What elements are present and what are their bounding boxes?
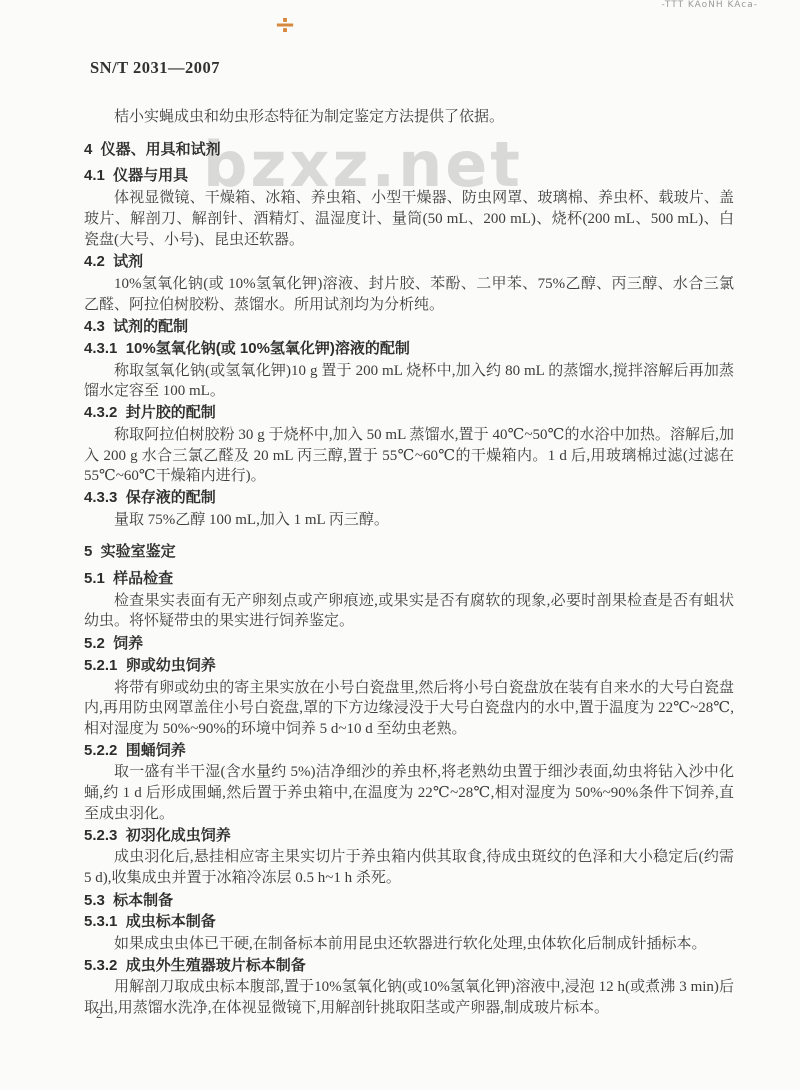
paragraph: 桔小实蝇成虫和幼虫形态特征为制定鉴定方法提供了依据。 (84, 107, 734, 128)
clause-heading-4.3.3: 4.3.3 保存液的配制 (84, 488, 734, 509)
paragraph: 称取阿拉伯树胶粉 30 g 于烧杯中,加入 50 mL 蒸馏水,置于 40℃~5… (84, 425, 734, 487)
scan-artifact-text: -TTT KAoNH KAca- (661, 0, 758, 10)
paragraph: 体视显微镜、干燥箱、冰箱、养虫箱、小型干燥器、防虫网罩、玻璃棉、养虫杯、载玻片、… (84, 188, 734, 250)
clause-heading-4.3.1: 4.3.1 10%氢氧化钠(或 10%氢氧化钾)溶液的配制 (84, 339, 734, 360)
paragraph: 10%氢氧化钠(或 10%氢氧化钾)溶液、封片胶、苯酚、二甲苯、75%乙醇、丙三… (84, 274, 734, 315)
clause-heading-4: 4 仪器、用具和试剂 (84, 140, 734, 161)
clause-heading-4.3: 4.3 试剂的配制 (84, 317, 734, 338)
paragraph: 成虫羽化后,悬挂相应寄主果实切片于养虫箱内供其取食,待成虫斑纹的色泽和大小稳定后… (84, 847, 734, 888)
clause-heading-5: 5 实验室鉴定 (84, 542, 734, 563)
clause-heading-5.3.2: 5.3.2 成虫外生殖器玻片标本制备 (84, 956, 734, 977)
clause-heading-4.2: 4.2 试剂 (84, 252, 734, 273)
clause-heading-5.2.1: 5.2.1 卵或幼虫饲养 (84, 656, 734, 677)
clause-heading-5.1: 5.1 样品检查 (84, 569, 734, 590)
document-body: 桔小实蝇成虫和幼虫形态特征为制定鉴定方法提供了依据。4 仪器、用具和试剂4.1 … (84, 106, 734, 1020)
clause-heading-4.3.2: 4.3.2 封片胶的配制 (84, 403, 734, 424)
paragraph: 称取氢氧化钠(或氢氧化钾)10 g 置于 200 mL 烧杯中,加入约 80 m… (84, 361, 734, 402)
paragraph: 取一盛有半干湿(含水量约 5%)洁净细沙的养虫杯,将老熟幼虫置于细沙表面,幼虫将… (84, 762, 734, 824)
paragraph: 量取 75%乙醇 100 mL,加入 1 mL 丙三醇。 (84, 510, 734, 531)
scanned-standard-page: ÷ -TTT KAoNH KAca- bzxz.net SN/T 2031—20… (0, 0, 800, 1090)
standard-code-header: SN/T 2031—2007 (90, 58, 220, 78)
paragraph: 将带有卵或幼虫的寄主果实放在小号白瓷盘里,然后将小号白瓷盘放在装有自来水的大号白… (84, 678, 734, 740)
paragraph: 检查果实表面有无产卵刻点或产卵痕迹,或果实是否有腐软的现象,必要时剖果检查是否有… (84, 591, 734, 632)
registration-mark-icon: ÷ (270, 10, 300, 40)
paragraph: 如果成虫虫体已干硬,在制备标本前用昆虫还软器进行软化处理,虫体软化后制成针插标本… (84, 934, 734, 955)
clause-heading-4.1: 4.1 仪器与用具 (84, 166, 734, 187)
clause-heading-5.2: 5.2 饲养 (84, 634, 734, 655)
page-number: 2 (96, 1007, 103, 1023)
clause-heading-5.2.2: 5.2.2 围蛹饲养 (84, 741, 734, 762)
paragraph: 用解剖刀取成虫标本腹部,置于10%氢氧化钠(或10%氢氧化钾)溶液中,浸泡 12… (84, 977, 734, 1018)
clause-heading-5.3: 5.3 标本制备 (84, 891, 734, 912)
clause-heading-5.3.1: 5.3.1 成虫标本制备 (84, 912, 734, 933)
clause-heading-5.2.3: 5.2.3 初羽化成虫饲养 (84, 826, 734, 847)
